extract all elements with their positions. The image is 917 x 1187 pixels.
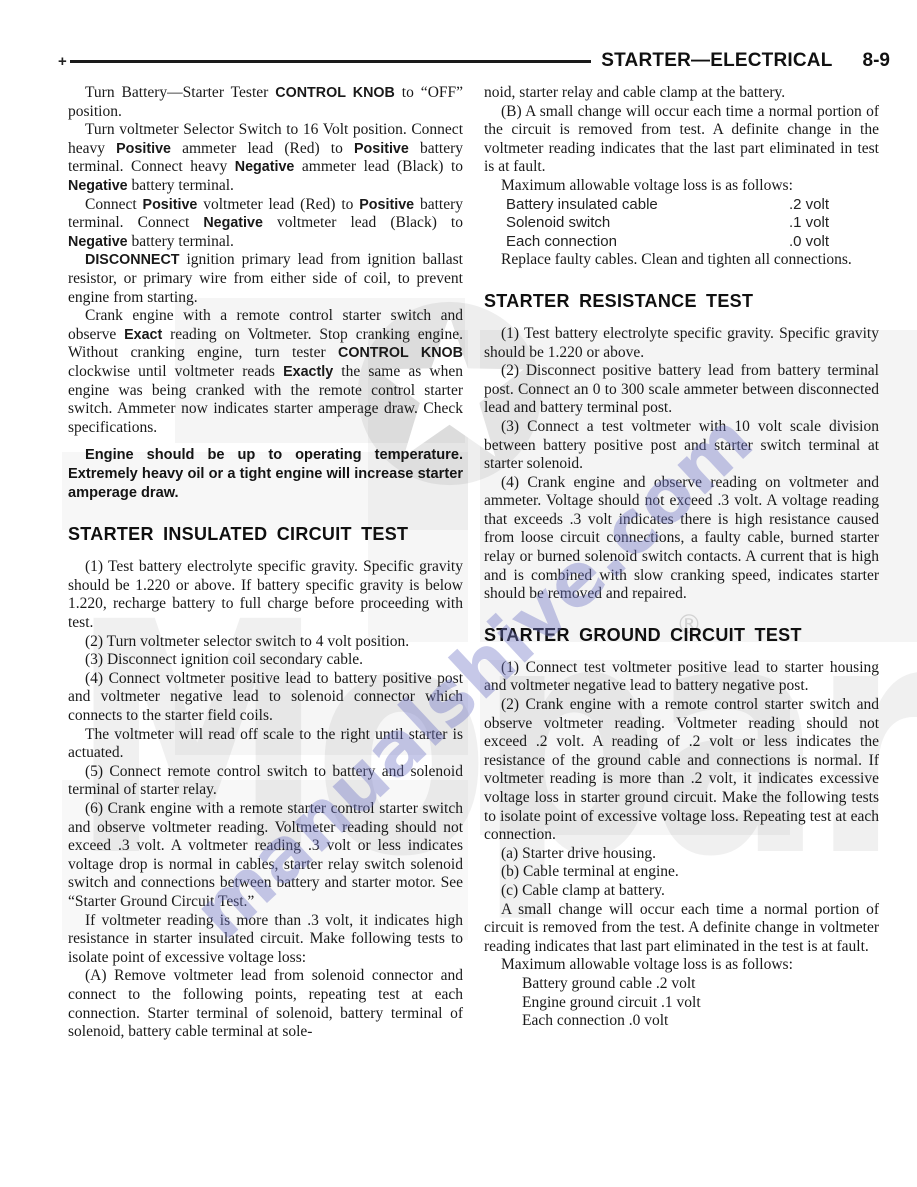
- paragraph: DISCONNECT ignition primary lead from ig…: [68, 251, 463, 307]
- list-item: Battery ground cable .2 volt: [522, 975, 879, 994]
- page-number: 8-9: [863, 50, 890, 72]
- table-cell-value: .0 volt: [789, 233, 847, 252]
- page-title: STARTER—ELECTRICAL: [601, 50, 832, 72]
- paragraph: (a) Starter drive housing.: [484, 845, 879, 864]
- paragraph: (4) Connect voltmeter positive lead to b…: [68, 670, 463, 726]
- list-item: Engine ground circuit .1 volt: [522, 994, 879, 1013]
- paragraph: (B) A small change will occur each time …: [484, 103, 879, 177]
- section-heading: STARTER RESISTANCE TEST: [484, 291, 879, 312]
- paragraph: Turn Battery—Starter Tester CONTROL KNOB…: [68, 84, 463, 121]
- table-row: Battery insulated cable.2 volt: [506, 196, 847, 215]
- paragraph: (3) Connect a test voltmeter with 10 vol…: [484, 418, 879, 474]
- table-row: Solenoid switch.1 volt: [506, 214, 847, 233]
- paragraph: A small change will occur each time a no…: [484, 901, 879, 957]
- paragraph: Crank engine with a remote control start…: [68, 307, 463, 437]
- manual-page: Mopar ® manualshive.com + STARTER—ELECTR…: [0, 0, 917, 1187]
- paragraph: (6) Crank engine with a remote starter c…: [68, 800, 463, 912]
- table-cell-value: .2 volt: [789, 196, 847, 215]
- table-cell-value: .1 volt: [789, 214, 847, 233]
- paragraph: Maximum allowable voltage loss is as fol…: [484, 956, 879, 975]
- paragraph: (1) Test battery electrolyte specific gr…: [484, 325, 879, 362]
- paragraph: noid, starter relay and cable clamp at t…: [484, 84, 879, 103]
- paragraph: Connect Positive voltmeter lead (Red) to…: [68, 196, 463, 252]
- crop-mark-plus: +: [58, 54, 67, 69]
- list-item: Each connection .0 volt: [522, 1012, 879, 1031]
- paragraph: Maximum allowable voltage loss is as fol…: [484, 177, 879, 196]
- paragraph: (2) Crank engine with a remote control s…: [484, 696, 879, 845]
- header-rule: [70, 60, 592, 63]
- table-cell-label: Each connection: [506, 233, 789, 252]
- voltage-loss-list: Battery ground cable .2 voltEngine groun…: [484, 975, 879, 1031]
- paragraph: (1) Test battery electrolyte specific gr…: [68, 558, 463, 632]
- paragraph: The voltmeter will read off scale to the…: [68, 726, 463, 763]
- paragraph: (4) Crank engine and observe reading on …: [484, 474, 879, 604]
- paragraph: (c) Cable clamp at battery.: [484, 882, 879, 901]
- table-cell-label: Solenoid switch: [506, 214, 789, 233]
- note-paragraph: Engine should be up to operating tempera…: [68, 446, 463, 503]
- table-row: Each connection.0 volt: [506, 233, 847, 252]
- paragraph: (b) Cable terminal at engine.: [484, 863, 879, 882]
- left-column: Turn Battery—Starter Tester CONTROL KNOB…: [68, 84, 463, 1042]
- paragraph: (3) Disconnect ignition coil secondary c…: [68, 651, 463, 670]
- section-heading: STARTER GROUND CIRCUIT TEST: [484, 625, 879, 646]
- voltage-loss-table: Battery insulated cable.2 voltSolenoid s…: [484, 196, 879, 252]
- paragraph: (A) Remove voltmeter lead from solenoid …: [68, 967, 463, 1041]
- section-heading: STARTER INSULATED CIRCUIT TEST: [68, 524, 463, 545]
- paragraph: (1) Connect test voltmeter positive lead…: [484, 659, 879, 696]
- right-column: noid, starter relay and cable clamp at t…: [484, 84, 879, 1042]
- paragraph: If voltmeter reading is more than .3 vol…: [68, 912, 463, 968]
- paragraph: (5) Connect remote control switch to bat…: [68, 763, 463, 800]
- page-header: + STARTER—ELECTRICAL 8-9: [58, 50, 890, 72]
- paragraph: (2) Disconnect positive battery lead fro…: [484, 362, 879, 418]
- paragraph: (2) Turn voltmeter selector switch to 4 …: [68, 633, 463, 652]
- paragraph: Replace faulty cables. Clean and tighten…: [484, 251, 879, 270]
- table-cell-label: Battery insulated cable: [506, 196, 789, 215]
- paragraph: Turn voltmeter Selector Switch to 16 Vol…: [68, 121, 463, 195]
- page-body: Turn Battery—Starter Tester CONTROL KNOB…: [68, 84, 879, 1042]
